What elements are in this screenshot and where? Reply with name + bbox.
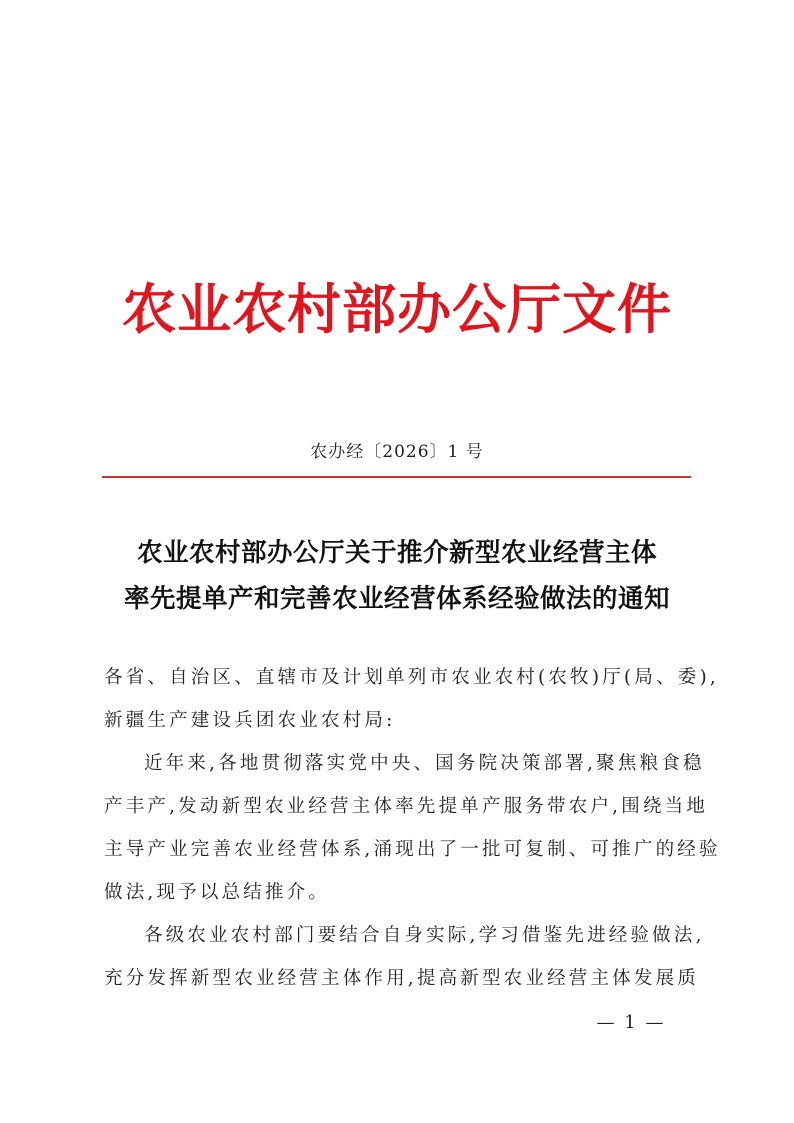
document-title: 农业农村部办公厅关于推介新型农业经营主体 率先提单产和完善农业经营体系经验做法的… bbox=[90, 530, 704, 622]
paragraph-line: 主导产业完善农业经营体系,涌现出了一批可复制、可推广的经验 bbox=[104, 828, 692, 871]
paragraph-1: 近年来,各地贯彻落实党中央、国务院决策部署,聚焦粮食稳 产丰产,发动新型农业经营… bbox=[104, 742, 692, 914]
paragraph-line: 产丰产,发动新型农业经营主体率先提单产服务带农户,围绕当地 bbox=[104, 785, 692, 828]
masthead-title: 农业农村部办公厅文件 bbox=[0, 274, 794, 344]
page-number: — 1 — bbox=[596, 1010, 666, 1036]
paragraph-line: 各级农业农村部门要结合自身实际,学习借鉴先进经验做法, bbox=[104, 914, 692, 957]
paragraph-2: 各级农业农村部门要结合自身实际,学习借鉴先进经验做法, 充分发挥新型农业经营主体… bbox=[104, 914, 692, 1000]
document-page: 农业农村部办公厅文件 农办经〔2026〕1 号 农业农村部办公厅关于推介新型农业… bbox=[0, 0, 794, 1123]
addressee-line: 各省、自治区、直辖市及计划单列市农业农村(农牧)厅(局、委), bbox=[104, 656, 692, 699]
document-number: 农办经〔2026〕1 号 bbox=[0, 440, 794, 464]
paragraph-line: 做法,现予以总结推介。 bbox=[104, 871, 692, 914]
paragraph-line: 充分发挥新型农业经营主体作用,提高新型农业经营主体发展质 bbox=[104, 957, 692, 1000]
title-line: 率先提单产和完善农业经营体系经验做法的通知 bbox=[90, 576, 704, 622]
addressee-line: 新疆生产建设兵团农业农村局: bbox=[104, 699, 692, 742]
red-divider-line bbox=[102, 476, 691, 478]
addressee-block: 各省、自治区、直辖市及计划单列市农业农村(农牧)厅(局、委), 新疆生产建设兵团… bbox=[104, 656, 692, 742]
paragraph-line: 近年来,各地贯彻落实党中央、国务院决策部署,聚焦粮食稳 bbox=[104, 742, 692, 785]
title-line: 农业农村部办公厅关于推介新型农业经营主体 bbox=[90, 530, 704, 576]
